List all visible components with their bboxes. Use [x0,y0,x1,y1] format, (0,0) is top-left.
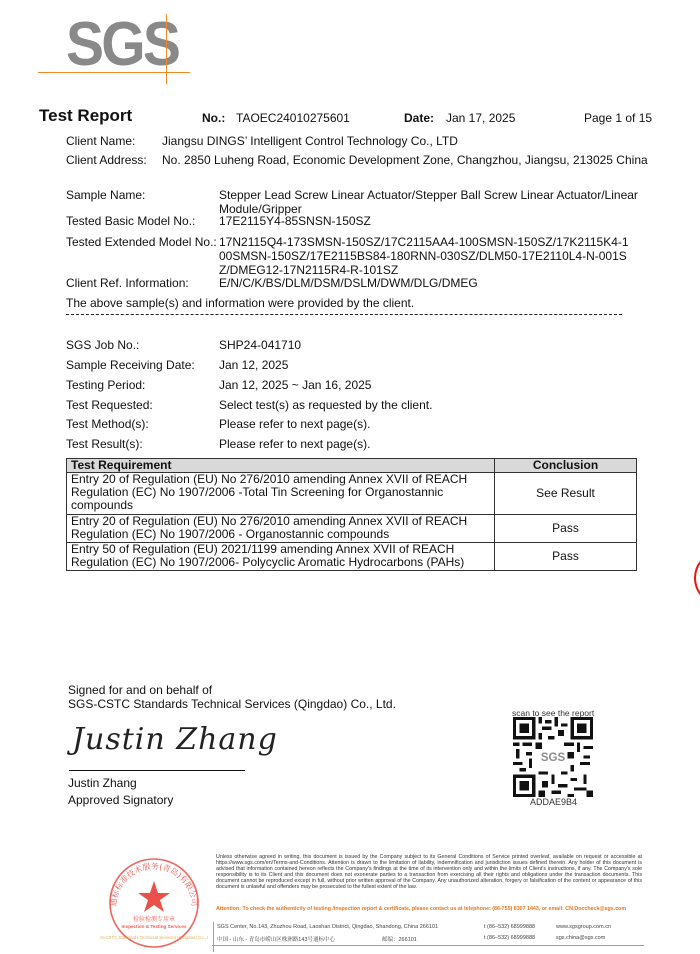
footer-website[interactable]: www.sgsgroup.com.cn [556,924,611,930]
authenticity-attention: Attention: To check the authenticity of … [216,906,646,912]
job-no-label: SGS Job No.: [66,338,139,352]
test-requested: Select test(s) as requested by the clien… [219,398,639,412]
conclusion-cell: See Result [495,473,637,515]
sgs-logo: SGS [66,14,178,76]
report-number: TAOEC24010275601 [236,111,350,125]
signature-line [69,770,245,771]
test-result-label: Test Result(s): [66,437,143,451]
job-no: SHP24-041710 [219,338,639,352]
report-date: Jan 17, 2025 [446,111,515,125]
requirement-cell: Entry 50 of Regulation (EU) 2021/1199 am… [67,543,495,571]
header-test-requirement: Test Requirement [67,459,495,473]
handwritten-signature: Justin Zhang [72,722,278,757]
svg-text:检验检测专用章: 检验检测专用章 [133,915,175,923]
footer-address-cn: 中国 - 山东 - 青岛市崂山区株洲路143号通标中心 [217,935,335,943]
test-requested-label: Test Requested: [66,398,153,412]
partial-stamp-edge [694,553,700,603]
test-requirements-table: Test Requirement Conclusion Entry 20 of … [66,458,637,571]
testing-period: Jan 12, 2025 ~ Jan 16, 2025 [219,378,639,392]
behalf-line-1: Signed for and on behalf of [68,683,212,697]
header-conclusion: Conclusion [495,459,637,473]
dashed-divider [66,314,622,315]
report-date-label: Date: [404,111,434,125]
footer-phone-2: t (86–532) 68999888 [484,935,535,941]
client-name: Jiangsu DINGS’ Intelligent Control Techn… [162,134,458,148]
client-name-label: Client Name: [66,134,135,148]
logo-orange-rule [38,72,190,73]
report-number-label: No.: [202,111,225,125]
test-result: Please refer to next page(s). [219,437,639,451]
behalf-line-2: SGS-CSTC Standards Technical Services (Q… [68,697,396,711]
qr-verification-code: ADDAE9B4 [530,797,577,807]
receiving-date-label: Sample Receiving Date: [66,358,195,372]
extended-model: 17N2115Q4-173SMSN-150SZ/17C2115AA4-100SM… [219,235,629,277]
qr-code-icon[interactable]: SGS [513,717,593,797]
client-ref-label: Client Ref. Information: [66,276,189,290]
receiving-date: Jan 12, 2025 [219,358,639,372]
logo-orange-vertical-rule [166,14,167,84]
report-title: Test Report [39,106,132,126]
footer-email[interactable]: sgs.china@sgs.com [556,935,605,941]
requirement-cell: Entry 20 of Regulation (EU) No 276/2010 … [67,473,495,515]
company-seal-icon: 通标标准技术服务(青岛)有限公司 检验检测专用章 Inspection & Te… [100,851,208,951]
signatory-name: Justin Zhang [68,776,137,790]
sample-name-label: Sample Name: [66,188,145,202]
test-method: Please refer to next page(s). [219,417,639,431]
test-method-label: Test Method(s): [66,417,149,431]
client-ref: E/N/C/K/BS/DLM/DSM/DSLM/DWM/DLG/DMEG [219,276,639,290]
requirement-cell: Entry 20 of Regulation (EU) No 276/2010 … [67,515,495,543]
conclusion-cell: Pass [495,543,637,571]
basic-model: 17E2115Y4-85SNSN-150SZ [219,214,639,228]
table-row: Entry 50 of Regulation (EU) 2021/1199 am… [67,543,637,571]
basic-model-label: Tested Basic Model No.: [66,214,195,228]
legal-disclaimer: Unless otherwise agreed in writing, this… [216,855,642,890]
footer-address-en: SGS Center, No.143, Zhuzhou Road, Laosha… [217,924,438,930]
table-row: Entry 20 of Regulation (EU) No 276/2010 … [67,515,637,543]
footer-phone-1: t (86–532) 68999888 [484,924,535,930]
table-row: Entry 20 of Regulation (EU) No 276/2010 … [67,473,637,515]
conclusion-cell: Pass [495,515,637,543]
svg-text:Inspection & Testing Services: Inspection & Testing Services [121,924,186,929]
client-address: No. 2850 Luheng Road, Economic Developme… [162,153,648,167]
svg-text:SGS: SGS [541,752,566,764]
page-indicator: Page 1 of 15 [584,111,652,125]
footer-postcode: 邮编：266101 [382,935,417,943]
client-address-label: Client Address: [66,153,147,167]
provided-note: The above sample(s) and information were… [66,296,414,310]
sample-name: Stepper Lead Screw Linear Actuator/Stepp… [219,188,639,216]
table-header-row: Test Requirement Conclusion [67,459,637,473]
testing-period-label: Testing Period: [66,378,145,392]
extended-model-label: Tested Extended Model No.: [66,235,217,249]
svg-text:SGS-CSTC Standards Technical S: SGS-CSTC Standards Technical Services (Q… [100,935,208,940]
footer-orange-vertical-rule [213,922,214,952]
footer-orange-rule [212,945,644,946]
signatory-title: Approved Signatory [68,793,173,807]
